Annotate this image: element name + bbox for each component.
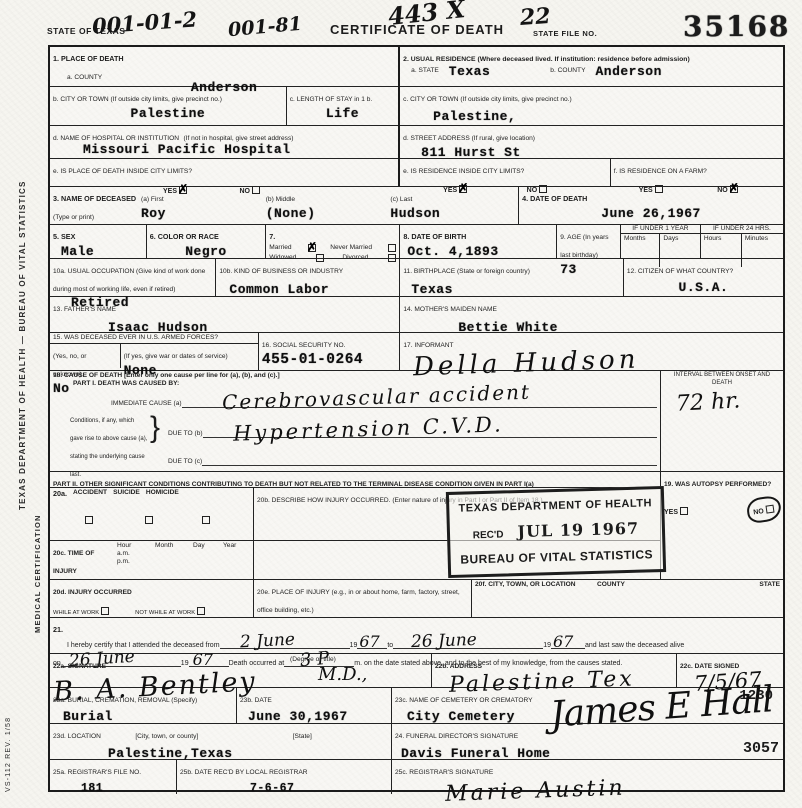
race-label: 6. COLOR OR RACE — [150, 232, 219, 241]
residence-city-value: Palestine, — [433, 109, 780, 124]
first-name-value: Roy — [141, 206, 266, 221]
handwritten-code-1: 001-01-2 — [91, 6, 198, 38]
section-20a: 20a. ACCIDENT SUICIDE HOMICIDE — [50, 488, 254, 540]
due-to-c-blank-line — [202, 452, 657, 466]
birthplace-label: 11. BIRTHPLACE (State or foreign country… — [403, 268, 530, 275]
injury-20a-num: 20a. — [53, 489, 67, 498]
section-race: 6. COLOR OR RACE Negro — [147, 225, 266, 258]
father-label: 13. FATHER'S NAME — [53, 306, 116, 313]
occupation-label: 10a. USUAL OCCUPATION (Give kind of work… — [53, 268, 205, 293]
last-name-value: Hudson — [390, 206, 515, 221]
farm-label: f. IS RESIDENCE ON A FARM? — [614, 168, 707, 175]
burial-date-value: June 30,1967 — [248, 709, 388, 724]
autopsy-no-circled: NO — [745, 495, 782, 524]
residence-county-label: b. COUNTY — [550, 67, 585, 79]
location-note2: [State] — [293, 733, 312, 740]
city-value: Palestine — [53, 106, 283, 121]
industry-label: 10b. KIND OF BUSINESS OR INDUSTRY — [219, 268, 343, 275]
accident-checkbox — [85, 516, 93, 524]
certify-year2: 67 — [553, 632, 573, 651]
section-mother: 14. MOTHER'S MAIDEN NAME Bettie White — [400, 297, 783, 332]
certify-from-date: 2 June — [239, 630, 295, 653]
due-to-b-label: DUE TO (b) — [168, 430, 203, 438]
conditions-note: Conditions, if any, which gave rise to a… — [70, 418, 147, 478]
injury-city-label: 20f. CITY, TOWN, OR LOCATION — [475, 581, 597, 616]
suicide-checkbox — [145, 516, 153, 524]
section-20c: 20c. TIME OF INJURY Hour a.m. p.m. Month… — [50, 541, 254, 579]
certify-to-date: 26 June — [411, 630, 477, 652]
while-at-work-checkbox — [101, 607, 109, 615]
marital-num: 7. — [269, 232, 275, 241]
section-informant: 17. INFORMANT Della Hudson — [400, 333, 783, 370]
ssn-value: 455-01-0264 — [262, 352, 396, 368]
received-stamp: TEXAS DEPARTMENT OF HEALTH REC'D JUL 19 … — [446, 486, 666, 578]
county-label: a. COUNTY — [67, 74, 102, 81]
burial-value: Burial — [63, 709, 233, 724]
never-married-label: Never Married — [330, 244, 372, 252]
residence-state-value: Texas — [449, 64, 491, 79]
age-label: 9. AGE (In years last birthday) — [560, 234, 608, 259]
location-value: Palestine,Texas — [108, 746, 388, 761]
year-prefix: 19 — [350, 642, 358, 649]
yes-label: YES — [664, 509, 678, 516]
name-note: (Type or print) — [53, 214, 94, 221]
section-citizen: 12. CITIZEN OF WHAT COUNTRY? U.S.A. — [624, 259, 783, 296]
conditions-brace: } — [150, 411, 160, 445]
street-address-value: 811 Hurst St — [421, 145, 780, 160]
section-physician-signature: 22a. SIGNATURE (Degree or title) B. A. B… — [50, 654, 432, 687]
section-armed-forces: 15. WAS DECEASED EVER IN U.S. ARMED FORC… — [50, 333, 259, 370]
funeral-director-label: 24. FUNERAL DIRECTOR'S SIGNATURE — [395, 733, 518, 740]
birthplace-value: Texas — [411, 282, 620, 297]
certify-text2: and last saw the deceased alive — [585, 642, 684, 649]
usual-residence-title: 2. USUAL RESIDENCE (Where deceased lived… — [403, 56, 690, 63]
part1-label: PART I. DEATH WAS CAUSED BY: — [73, 380, 179, 387]
scanned-death-certificate: TEXAS DEPARTMENT OF HEALTH — BUREAU OF V… — [0, 0, 802, 808]
under-1-year-label: IF UNDER 1 YEAR — [621, 225, 700, 234]
section-birthplace: 11. BIRTHPLACE (State or foreign country… — [400, 259, 624, 296]
length-of-stay-label: c. LENGTH OF STAY in 1 b. — [290, 96, 372, 103]
section-father: 13. FATHER'S NAME Isaac Hudson — [50, 297, 400, 332]
date-of-birth-label: 8. DATE OF BIRTH — [403, 232, 466, 241]
section-certification: 21. I hereby certify that I attended the… — [50, 618, 783, 654]
margin-form-number: VS-112 REV. 1/58 — [5, 612, 12, 792]
section-physician-address: 22b. ADDRESS Palestine Tex — [432, 654, 677, 687]
section-industry: 10b. KIND OF BUSINESS OR INDUSTRY Common… — [216, 259, 400, 296]
immediate-cause-label: IMMEDIATE CAUSE (a) — [111, 400, 182, 408]
armed-forces-note2: (If yes, give war or dates of service) — [124, 353, 228, 360]
location-label: 23d. LOCATION — [53, 733, 101, 740]
residence-city-limits-label: e. IS RESIDENCE INSIDE CITY LIMITS? — [403, 168, 524, 175]
residence-state-label: a. STATE — [411, 67, 439, 79]
sex-label: 5. SEX — [53, 232, 75, 241]
section-ssn: 16. SOCIAL SECURITY NO. 455-01-0264 — [259, 333, 400, 370]
date-of-death-label: 4. DATE OF DEATH — [522, 194, 587, 203]
year-prefix: 19 — [543, 642, 551, 649]
middle-name-label: (b) Middle — [266, 196, 295, 203]
certificate-header: STATE OF TEXAS 001-01-2 001-81 CERTIFICA… — [0, 0, 802, 45]
hour-label: Hour — [117, 542, 131, 549]
stamp-line3: BUREAU OF VITAL STATISTICS — [460, 547, 653, 566]
interval-value: 72 hr. — [675, 386, 780, 416]
street-address-label: d. STREET ADDRESS (If rural, give locati… — [403, 135, 535, 142]
section-20e: 20e. PLACE OF INJURY (e.g., in or about … — [254, 580, 472, 617]
registrar-file-value: 181 — [81, 782, 173, 795]
day-label: Day — [190, 541, 220, 579]
middle-name-value: (None) — [266, 206, 391, 221]
registrar-recd-value: 7-6-67 — [250, 782, 388, 795]
citizen-label: 12. CITIZEN OF WHAT COUNTRY? — [627, 268, 733, 275]
sex-value: Male — [61, 244, 143, 259]
section-marital-status: 7. Married Never Married Widowed Divorce… — [266, 225, 400, 258]
certify-year1: 67 — [359, 632, 379, 651]
ssn-label: 16. SOCIAL SECURITY NO. — [262, 342, 346, 349]
am-label: a.m. — [117, 550, 130, 557]
section-if-under-1-year: IF UNDER 1 YEAR Months Days — [621, 225, 701, 258]
section-cause-of-death: 18. CAUSE OF DEATH [Enter only one cause… — [50, 371, 783, 472]
section-if-under-24-hrs: IF UNDER 24 HRS. Hours Minutes — [701, 225, 783, 258]
last-name-label: (c) Last — [390, 196, 412, 203]
location-note1: [City, town, or county] — [135, 733, 198, 740]
year-label: Year — [220, 541, 253, 579]
interval-label: INTERVAL BETWEEN ONSET AND DEATH — [664, 372, 780, 387]
burial-label: 23a. BURIAL, CREMATION, REMOVAL (Specify… — [53, 697, 197, 704]
place-city-limits-label: e. IS PLACE OF DEATH INSIDE CITY LIMITS? — [53, 168, 192, 175]
registrar-file-label: 25a. REGISTRAR'S FILE NO. — [53, 769, 141, 776]
margin-medical-certification-text: MEDICAL CERTIFICATION — [33, 438, 42, 633]
length-of-stay-value: Life — [290, 106, 395, 121]
section-place-of-death: 1. PLACE OF DEATH a. COUNTY Anderson b. … — [50, 47, 398, 186]
never-married-checkbox — [388, 244, 396, 252]
section-age: 9. AGE (In years last birthday) 73 — [557, 225, 621, 258]
handwritten-number-22: 22 — [519, 3, 551, 31]
section-name-of-deceased: 3. NAME OF DECEASED (Type or print) (a) … — [50, 187, 519, 224]
state-file-no-label: STATE FILE NO. — [533, 29, 597, 38]
autopsy-yes-checkbox — [680, 507, 688, 515]
residence-city-label: c. CITY OR TOWN (If outside city limits,… — [403, 96, 572, 103]
registrar-recd-label: 25b. DATE REC'D BY LOCAL REGISTRAR — [180, 769, 308, 776]
section-usual-residence: 2. USUAL RESIDENCE (Where deceased lived… — [398, 47, 783, 186]
hospital-value: Missouri Pacific Hospital — [83, 142, 395, 157]
stamp-line1: TEXAS DEPARTMENT OF HEALTH — [458, 497, 652, 514]
accident-label: ACCIDENT — [73, 489, 107, 498]
certify-text1: I hereby certify that I attended the dec… — [67, 642, 220, 649]
no-label: NO — [752, 508, 763, 516]
section-autopsy: 19. WAS AUTOPSY PERFORMED? YES NO — [660, 472, 783, 579]
degree-value: M.D., — [318, 664, 367, 685]
married-label: Married — [269, 244, 291, 252]
industry-value: Common Labor — [229, 282, 396, 297]
hospital-note: (If not in hospital, give street address… — [183, 135, 293, 142]
name-label: 3. NAME OF DECEASED — [53, 194, 136, 203]
burial-date-label: 23b. DATE — [240, 697, 272, 704]
not-while-at-work-label: NOT WHILE AT WORK — [135, 610, 195, 616]
part2-label: PART II. OTHER SIGNIFICANT CONDITIONS CO… — [53, 481, 534, 488]
time-of-injury-label: 20c. TIME OF INJURY — [53, 550, 94, 575]
section-sex: 5. SEX Male — [50, 225, 147, 258]
autopsy-no-checkbox — [764, 505, 773, 514]
certificate-form: 1. PLACE OF DEATH a. COUNTY Anderson b. … — [48, 45, 785, 792]
section-burial-location: 23d. LOCATION [City, town, or county] [S… — [50, 724, 392, 759]
date-of-death-value: June 26,1967 — [522, 206, 780, 221]
stamp-date: JUL 19 1967 — [517, 519, 639, 541]
section-registrar-file: 25a. REGISTRAR'S FILE NO. 181 — [50, 760, 177, 794]
margin-department-text: TEXAS DEPARTMENT OF HEALTH — BUREAU OF V… — [18, 110, 27, 510]
cemetery-label: 23c. NAME OF CEMETERY OR CREMATORY — [395, 697, 533, 704]
handwritten-number-3057: 3057 — [743, 740, 779, 757]
registrar-signature: Marie Austin — [445, 770, 781, 807]
funeral-home-value: Davis Funeral Home — [401, 746, 780, 761]
state-file-number: 35168 — [683, 10, 790, 43]
hospital-label: d. NAME OF HOSPITAL OR INSTITUTION — [53, 135, 179, 142]
homicide-label: HOMICIDE — [146, 489, 179, 498]
section-date-of-death: 4. DATE OF DEATH June 26,1967 — [519, 187, 783, 224]
race-value: Negro — [150, 244, 262, 259]
section-20f: 20f. CITY, TOWN, OR LOCATION COUNTY STAT… — [472, 580, 783, 617]
pm-label: p.m. — [117, 558, 130, 565]
signature-label: 22a. SIGNATURE — [53, 663, 106, 670]
injury-county-label: COUNTY — [597, 581, 698, 616]
first-name-label: (a) First — [141, 196, 164, 203]
place-of-injury-label: 20e. PLACE OF INJURY (e.g., in or about … — [257, 589, 460, 614]
section-registrar-signature: 25c. REGISTRAR'S SIGNATURE Marie Austin — [392, 760, 783, 794]
place-of-death-title: 1. PLACE OF DEATH — [53, 54, 124, 63]
informant-label: 17. INFORMANT — [403, 342, 453, 349]
stamp-recd-label: REC'D — [473, 530, 504, 542]
suicide-label: SUICIDE — [113, 489, 140, 498]
while-at-work-label: WHILE AT WORK — [53, 610, 99, 616]
interval-column: INTERVAL BETWEEN ONSET AND DEATH 72 hr. — [660, 371, 783, 471]
not-while-at-work-checkbox — [197, 607, 205, 615]
certify-num: 21. — [53, 625, 63, 634]
autopsy-label: 19. WAS AUTOPSY PERFORMED? — [664, 481, 771, 488]
date-of-birth-value: Oct. 4,1893 — [407, 244, 553, 259]
under-24-hrs-label: IF UNDER 24 HRS. — [701, 225, 783, 234]
mother-label: 14. MOTHER'S MAIDEN NAME — [403, 306, 497, 313]
citizen-value: U.S.A. — [627, 280, 780, 295]
registrar-sig-label: 25c. REGISTRAR'S SIGNATURE — [395, 769, 493, 776]
cause-label: 18. CAUSE OF DEATH [Enter only one cause… — [53, 372, 280, 379]
section-registrar-date: 25b. DATE REC'D BY LOCAL REGISTRAR 7-6-6… — [177, 760, 392, 794]
homicide-checkbox — [202, 516, 210, 524]
due-to-c-label: DUE TO (c) — [168, 458, 202, 466]
married-checkbox — [308, 244, 316, 252]
section-20d: 20d. INJURY OCCURRED WHILE AT WORK NOT W… — [50, 580, 254, 617]
handwritten-code-2: 001-81 — [227, 13, 303, 41]
section-date-of-birth: 8. DATE OF BIRTH Oct. 4,1893 — [400, 225, 557, 258]
address-label: 22b. ADDRESS — [435, 663, 482, 670]
section-occupation: 10a. USUAL OCCUPATION (Give kind of work… — [50, 259, 216, 296]
month-label: Month — [152, 541, 190, 579]
city-or-town-label: b. CITY OR TOWN (If outside city limits,… — [53, 96, 222, 103]
injury-occurred-label: 20d. INJURY OCCURRED — [53, 589, 132, 596]
due-to-b-value: Hypertension C.V.D. — [232, 413, 503, 446]
section-burial: 23a. BURIAL, CREMATION, REMOVAL (Specify… — [50, 688, 237, 723]
residence-county-value: Anderson — [595, 64, 661, 79]
section-burial-date: 23b. DATE June 30,1967 — [237, 688, 392, 723]
injury-state-label: STATE — [698, 581, 780, 616]
